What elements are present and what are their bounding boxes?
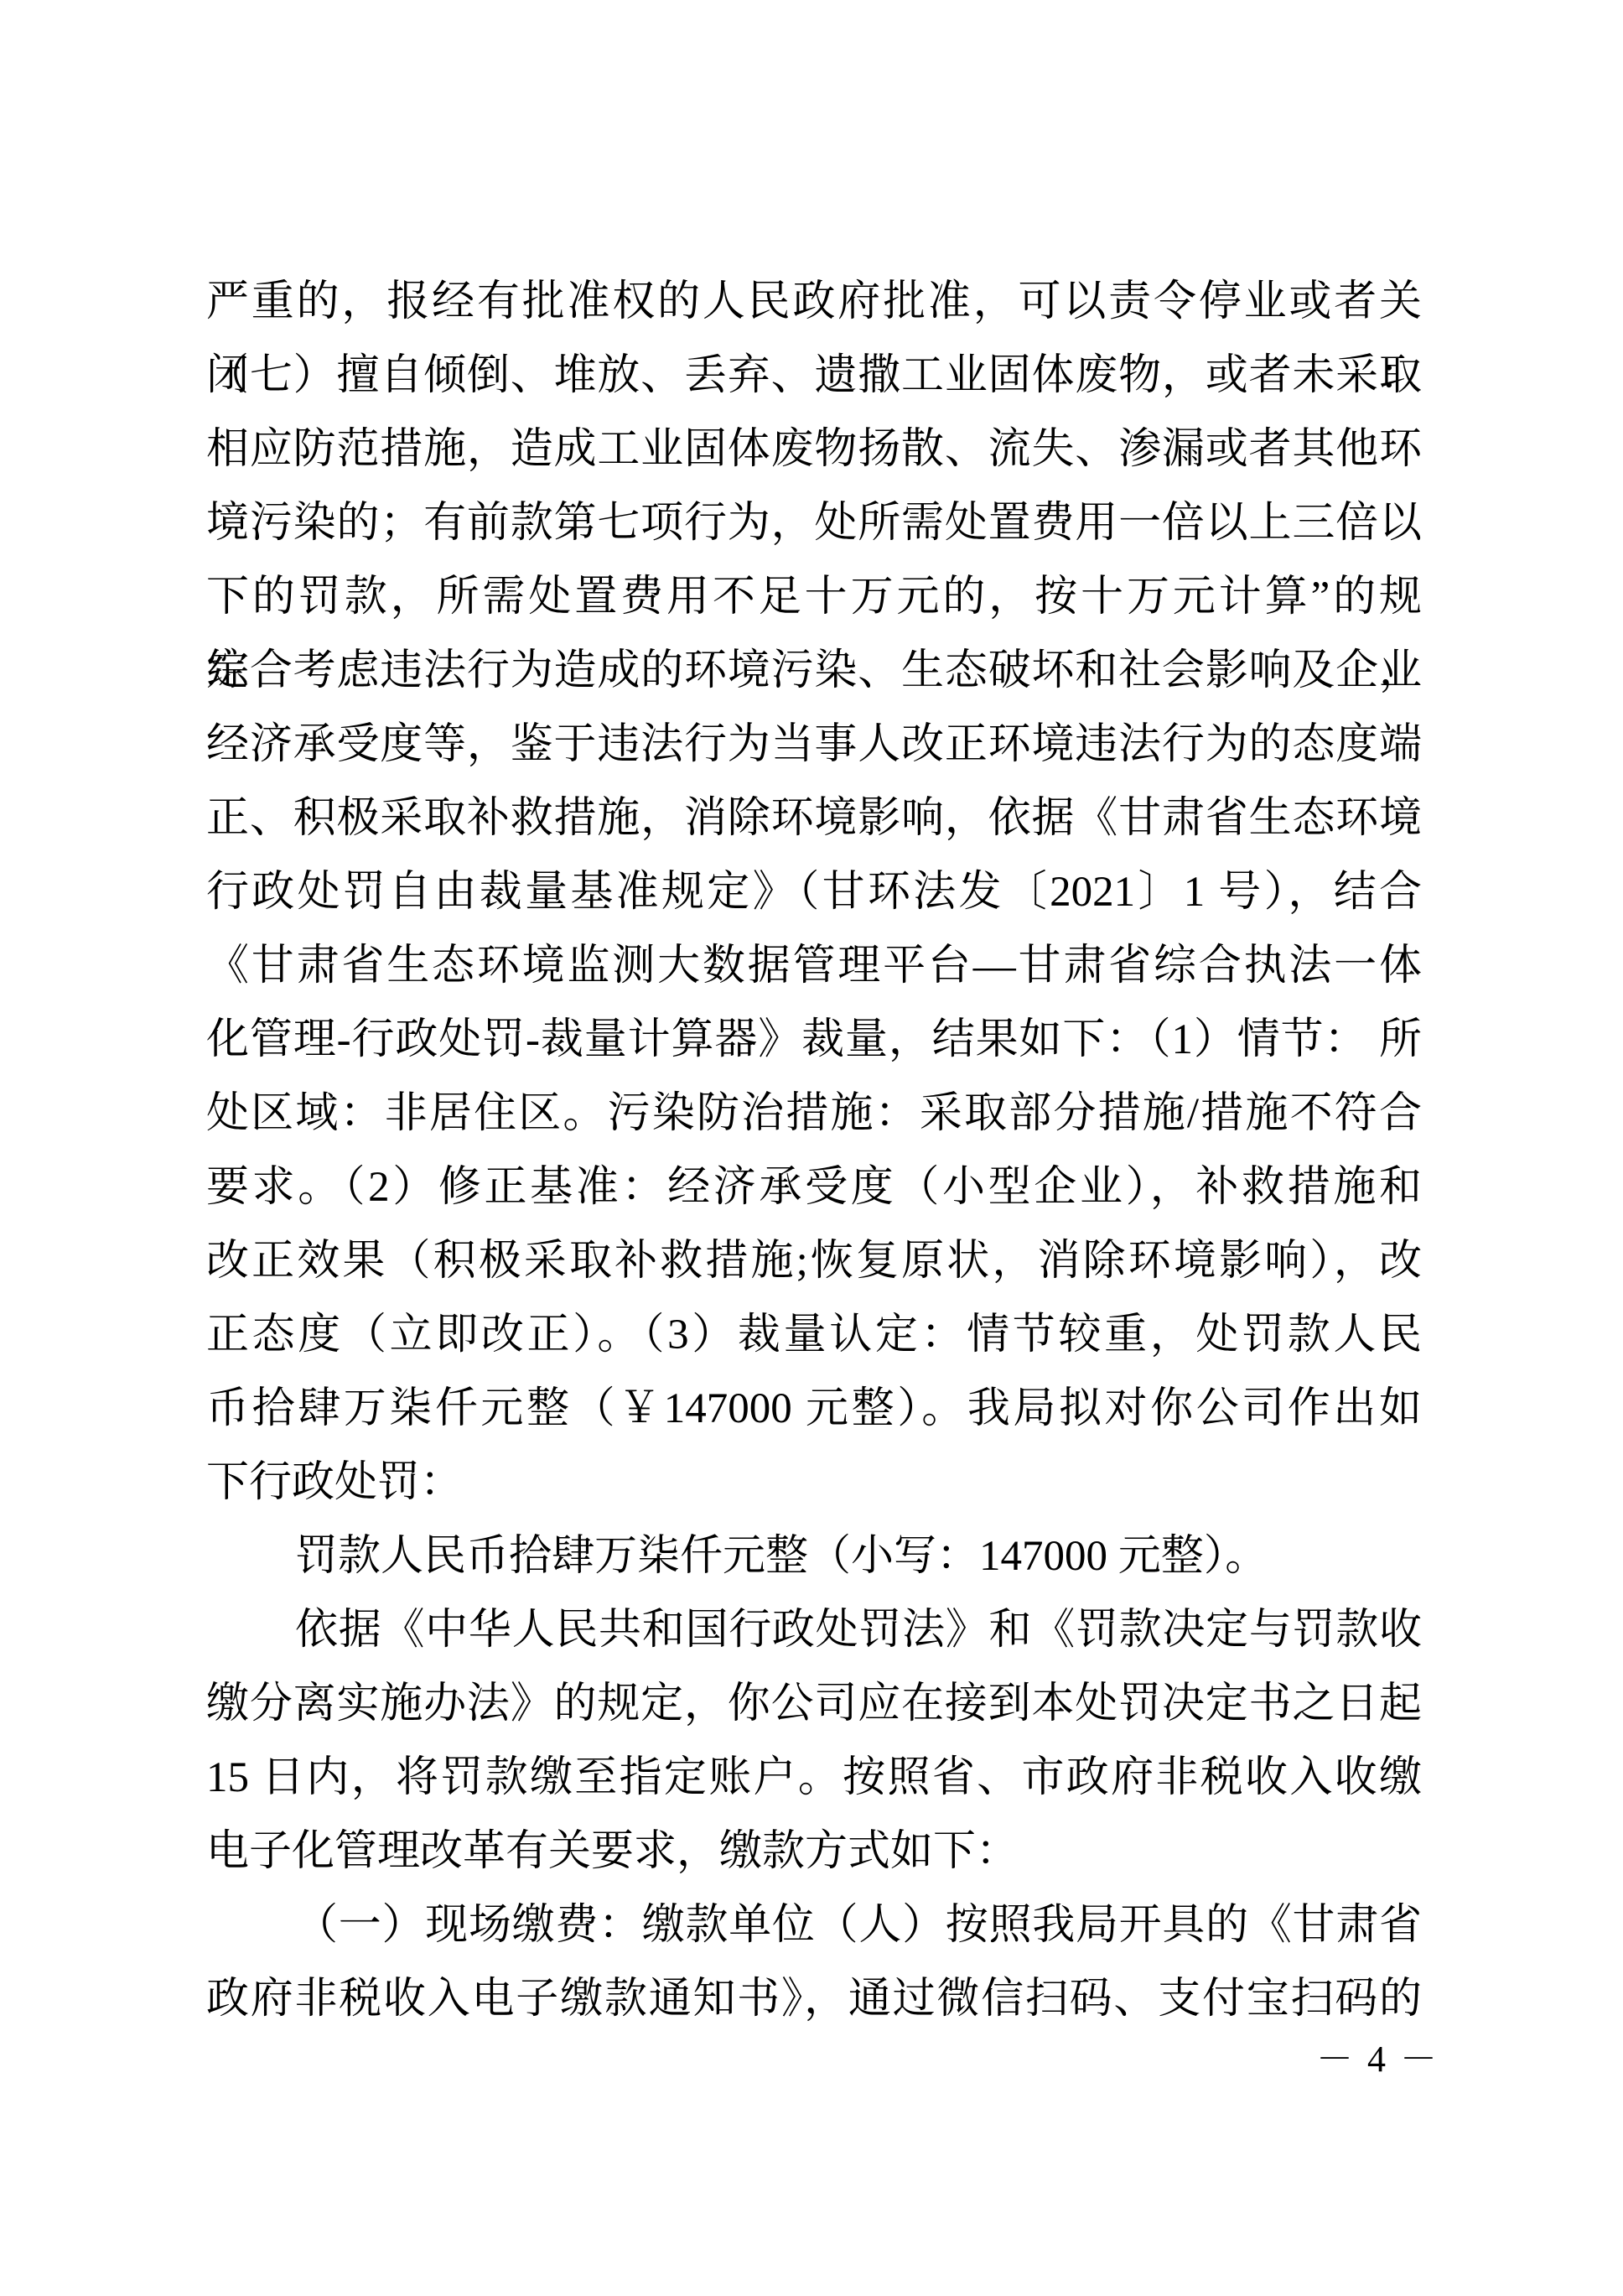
text-line: 罚款人民币拾肆万柒仟元整（小写：147000 元整）。: [206, 1519, 1422, 1593]
text-line: 综合考虑违法行为造成的环境污染、生态破坏和社会影响及企业: [206, 634, 1422, 708]
text-line: 行政处罚自由裁量基准规定》（甘环法发〔2021〕1 号），结合: [206, 855, 1422, 929]
text-line: 下行政处罚：: [206, 1446, 1422, 1519]
page-number-label: － 4 －: [1316, 2039, 1439, 2080]
text-line: 经济承受度等，鉴于违法行为当事人改正环境违法行为的态度端: [206, 708, 1422, 782]
page-number: － 4 －: [1316, 2039, 1439, 2080]
document-page: 严重的，报经有批准权的人民政府批准，可以责令停业或者关闭：（七）擅自倾倒、堆放、…: [0, 0, 1623, 2296]
text-line: 正、积极采取补救措施，消除环境影响，依据《甘肃省生态环境: [206, 782, 1422, 855]
text-line: 15 日内，将罚款缴至指定账户。按照省、市政府非税收入收缴: [206, 1741, 1422, 1815]
text-line: 缴分离实施办法》的规定，你公司应在接到本处罚决定书之日起: [206, 1667, 1422, 1741]
text-line: 《甘肃省生态环境监测大数据管理平台—甘肃省综合执法一体: [206, 929, 1422, 1003]
text-line: 严重的，报经有批准权的人民政府批准，可以责令停业或者关闭：: [206, 265, 1422, 339]
text-line: 政府非税收入电子缴款通知书》，通过微信扫码、支付宝扫码的: [206, 1962, 1422, 2036]
text-line: （一）现场缴费：缴款单位（人）按照我局开具的《甘肃省: [206, 1888, 1422, 1962]
text-line: 币拾肆万柒仟元整（￥147000 元整）。我局拟对你公司作出如: [206, 1372, 1422, 1446]
text-line: 相应防范措施，造成工业固体废物扬散、流失、渗漏或者其他环: [206, 413, 1422, 486]
text-line: 要求。（2）修正基准：经济承受度（小型企业），补救措施和: [206, 1151, 1422, 1224]
text-line: 电子化管理改革有关要求，缴款方式如下：: [206, 1815, 1422, 1888]
document-body: 严重的，报经有批准权的人民政府批准，可以责令停业或者关闭：（七）擅自倾倒、堆放、…: [206, 265, 1422, 2036]
text-line: 改正效果（积极采取补救措施;恢复原状，消除环境影响），改: [206, 1224, 1422, 1298]
text-line: 化管理-行政处罚-裁量计算器》裁量，结果如下：（1）情节： 所: [206, 1003, 1422, 1077]
text-line: （七）擅自倾倒、堆放、丢弃、遗撒工业固体废物，或者未采取: [206, 339, 1422, 413]
text-line: 境污染的；有前款第七项行为，处所需处置费用一倍以上三倍以: [206, 486, 1422, 560]
text-line: 依据《中华人民共和国行政处罚法》和《罚款决定与罚款收: [206, 1593, 1422, 1667]
text-line: 下的罚款，所需处置费用不足十万元的，按十万元计算”的规定，: [206, 560, 1422, 634]
text-line: 正态度（立即改正）。（3）裁量认定：情节较重，处罚款人民: [206, 1298, 1422, 1372]
text-line: 处区域：非居住区。污染防治措施：采取部分措施/措施不符合: [206, 1077, 1422, 1151]
